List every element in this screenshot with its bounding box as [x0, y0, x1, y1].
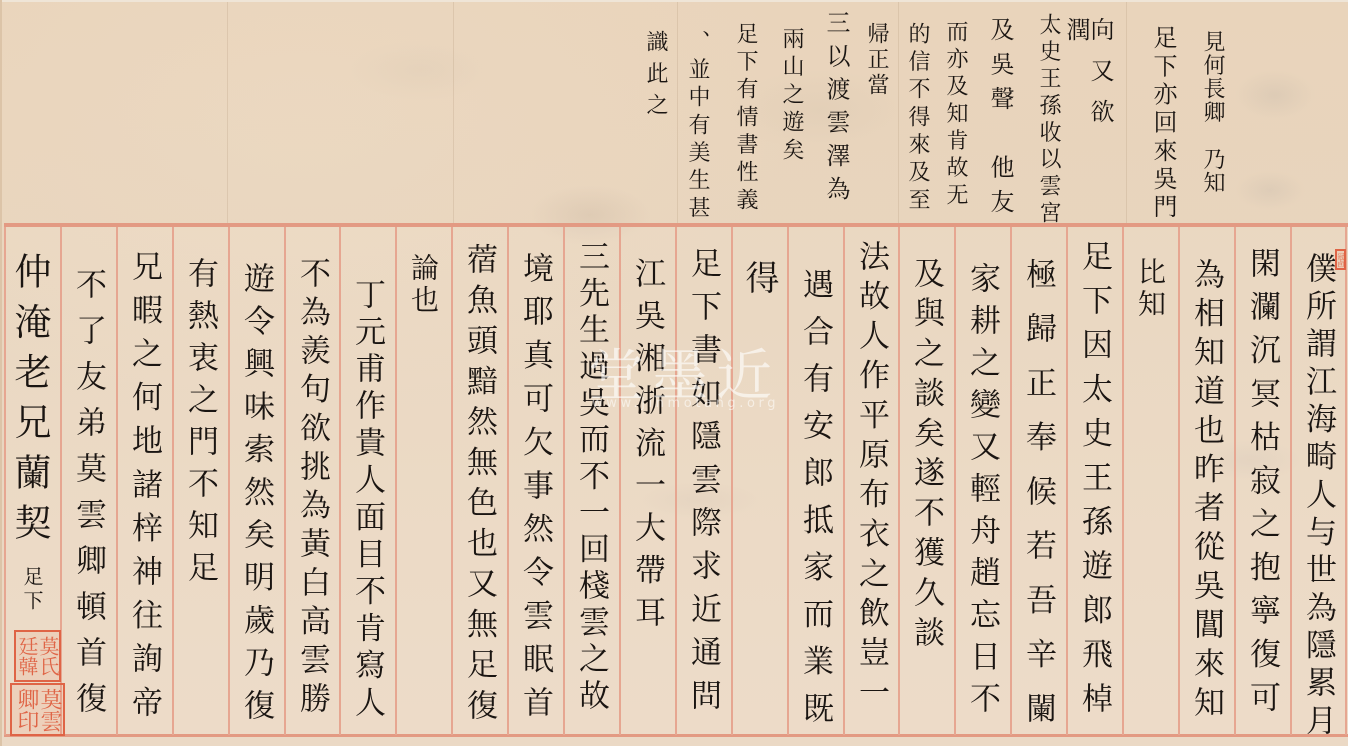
letter-column: 極歸正奉候若吾辛闌 — [1022, 258, 1053, 723]
letter-column: 足下因太史王孫遊郎飛棹 — [1078, 240, 1109, 713]
postscript-column: 兩山之遊矣 — [780, 27, 802, 160]
letter-column: 不為羨句欲挑為黃白高雲勝 — [296, 257, 327, 713]
column-ruling-line — [675, 227, 677, 735]
recipient-honorific: 足下 — [22, 566, 42, 610]
column-ruling-line — [451, 227, 453, 735]
recipient-name-column: 仲淹老兄蘭契 — [11, 252, 48, 540]
column-ruling-line — [395, 227, 397, 735]
postscript-column: 而亦及知肯故无 — [944, 20, 966, 205]
letter-column: 及與之談矣遂不獲久談 — [910, 257, 941, 647]
column-ruling-line — [228, 227, 230, 735]
letter-column: 境耶真可欠事然令雲眠首 — [519, 252, 550, 717]
paper-top-edge — [0, 0, 1348, 2]
column-ruling-line — [898, 227, 900, 735]
letter-column: 足下書如隱雲際求近通問 — [687, 247, 718, 710]
letter-column: 得 — [742, 260, 776, 300]
postscript-column: 三以渡雲澤為 — [824, 10, 848, 200]
column-ruling-line — [563, 227, 565, 735]
column-ruling-line — [339, 227, 341, 735]
column-ruling-line — [1290, 227, 1292, 735]
column-ruling-line — [619, 227, 621, 735]
paper-seam — [898, 2, 899, 223]
letter-column: 有熱衷之門不知足 — [184, 257, 215, 582]
calligraphy-letter: 見何長卿 乃知 足下亦回來吳門 向又欲 潤 太史王孫收以雲宮 及吳聲 他友 而亦… — [0, 0, 1348, 746]
letter-column: 為相知道也昨者從吳閶來知 — [1190, 258, 1221, 717]
letter-column: 閑瀾沉冥枯寂之抱寧復可 — [1246, 247, 1277, 712]
column-ruling-line — [284, 227, 286, 735]
column-ruling-line — [843, 227, 845, 735]
seal-mo-yunqing: 莫雲卿印 — [10, 683, 65, 736]
letter-column: 遇合有安郎抵家而業既 — [799, 268, 830, 723]
paper-seam — [1126, 2, 1127, 223]
postscript-column: 識此之 — [644, 30, 666, 115]
postscript-column: 見何長卿 乃知 — [1201, 30, 1223, 193]
column-ruling-line — [507, 227, 509, 735]
postscript-column: 、並中有美生甚 — [686, 30, 708, 218]
column-ruling-line — [172, 227, 174, 735]
postscript-column: 帰正當 — [865, 22, 887, 95]
watermark-url: www.jinmotang.org — [592, 396, 779, 411]
letter-column: 三先生過吳而不一回棧雲之故 — [575, 240, 606, 710]
column-ruling-line — [4, 227, 6, 735]
letter-column: 蓿魚頭黯然無色也又無足復 — [463, 243, 494, 720]
postscript-column: 的信不得來及至 — [906, 22, 928, 210]
column-ruling-line — [116, 227, 118, 735]
letter-column: 家耕之變又輕舟趙忘日不 — [966, 262, 997, 713]
column-ruling-line — [1122, 227, 1124, 735]
column-ruling-line — [787, 227, 789, 735]
letter-column: 遊令興味索然矣明歲乃復 — [240, 262, 271, 720]
column-ruling-line — [731, 227, 733, 735]
postscript-column: 足下亦回來吳門 — [1151, 25, 1175, 218]
letter-column: 僕所謂江海畸人与世為隱累月 — [1302, 252, 1333, 735]
postscript-column: 向又欲 潤 — [1088, 17, 1112, 123]
column-ruling-line — [1178, 227, 1180, 735]
column-ruling-line — [1066, 227, 1068, 735]
column-ruling-line — [1345, 227, 1347, 735]
paper-left-edge — [0, 0, 2, 746]
column-ruling-line — [954, 227, 956, 735]
paper-seam — [453, 2, 454, 223]
letter-column: 江吳湘浙流一大帶耳 — [631, 257, 662, 627]
collector-seal-small: 冠卣 — [1335, 249, 1346, 270]
letter-column: 兄暇之何地諸梓神往詢帝 — [128, 250, 159, 717]
paper-seam — [677, 2, 678, 223]
letter-column: 比知 — [1136, 257, 1164, 317]
column-ruling-line — [1234, 227, 1236, 735]
paper-seam — [227, 2, 228, 223]
letter-column: 丁元甫作貴人面目不肯寫人 — [351, 278, 382, 717]
postscript-column: 太史王孫收以雲宮 — [1037, 13, 1059, 223]
postscript-column: 足下有情書性義 — [734, 22, 756, 210]
letter-column: 法故人作平原布衣之飲豈一 — [855, 240, 886, 707]
postscript-column: 及吳聲 他友 — [988, 17, 1012, 213]
column-ruling-line — [1010, 227, 1012, 735]
letter-column: 論也 — [409, 253, 437, 313]
seal-mo-shi-tinghan: 莫氏廷韓 — [14, 630, 61, 682]
letter-column: 不了友弟莫雲卿頓首復 — [72, 268, 103, 713]
